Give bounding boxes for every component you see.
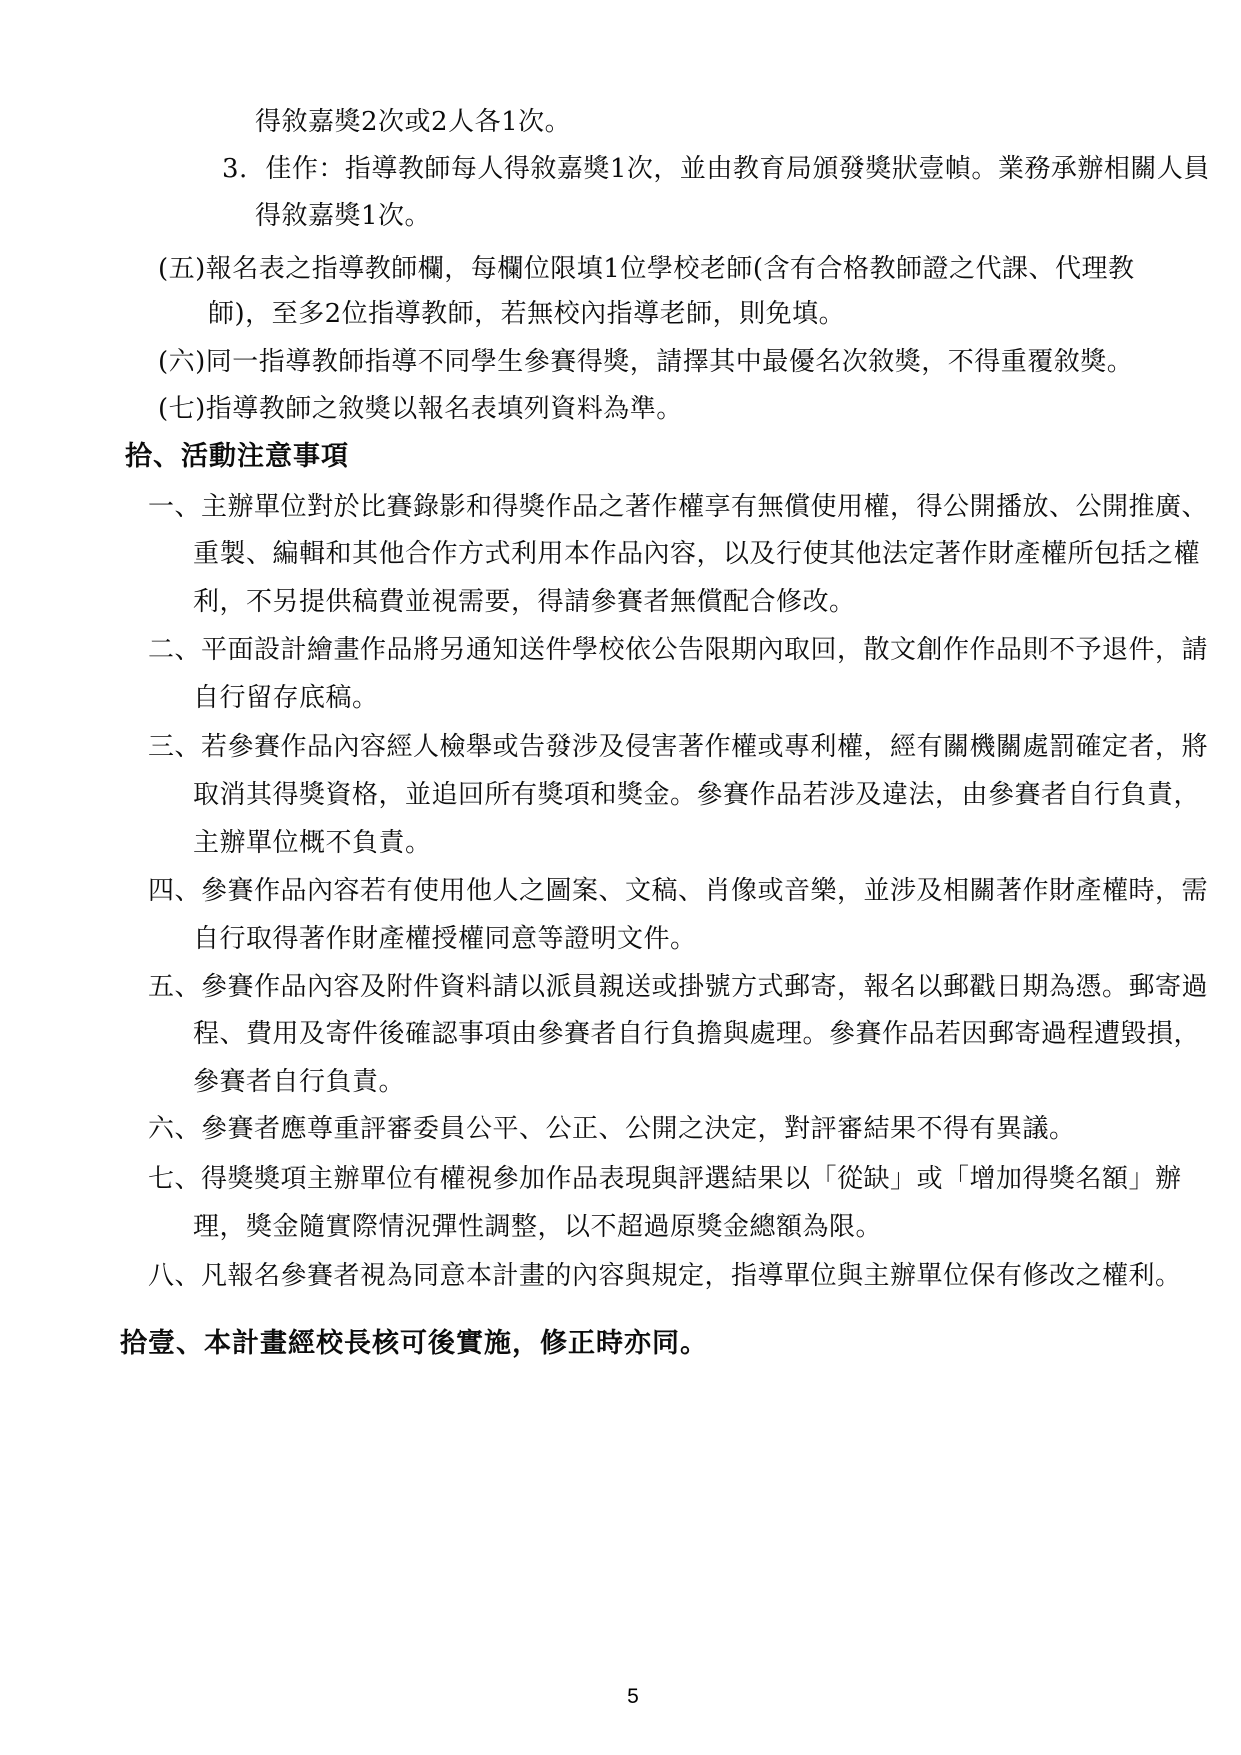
note-2-continuation: 自行留存底稿。 [193,685,379,711]
note-3: 三、若參賽作品內容經人檢舉或告發涉及侵害著作權或專利權，經有關機關處罰確定者，將 [148,734,1208,760]
numbered-list-item-3: 3. 佳作：指導教師每人得敘嘉獎1次，並由教育局頒發獎狀壹幀。業務承辦相關人員 [222,156,1210,182]
sub-item-6: (六)同一指導教師指導不同學生參賽得獎，請擇其中最優名次敘獎，不得重覆敘獎。 [158,349,1133,375]
document-page: 得敘嘉獎2次或2人各1次。3. 佳作：指導教師每人得敘嘉獎1次，並由教育局頒發獎… [0,0,1241,1755]
note-8: 八、凡報名參賽者視為同意本計畫的內容與規定，指導單位與主辦單位保有修改之權利。 [148,1263,1182,1289]
note-3-continuation: 取消其得獎資格，並追回所有獎項和獎金。參賽作品若涉及違法，由參賽者自行負責， [193,782,1200,808]
note-5: 五、參賽作品內容及附件資料請以派員親送或掛號方式郵寄，報名以郵戳日期為憑。郵寄過 [148,974,1208,1000]
note-1: 一、主辦單位對於比賽錄影和得獎作品之著作權享有無償使用權，得公開播放、公開推廣、 [148,494,1208,520]
section-11-heading: 拾壹、本計畫經校長核可後實施，修正時亦同。 [120,1331,708,1357]
list-item-continuation: 得敘嘉獎1次。 [255,203,431,229]
page-number: 5 [613,1686,653,1707]
list-item-continuation: 得敘嘉獎2次或2人各1次。 [255,109,571,135]
note-7-continuation: 理，獎金隨實際情況彈性調整，以不超過原獎金總額為限。 [193,1214,882,1240]
note-6: 六、參賽者應尊重評審委員公平、公正、公開之決定，對評審結果不得有異議。 [148,1116,1076,1142]
sub-item-5-continuation: 師)，至多2位指導教師，若無校內指導老師，則免填。 [208,301,845,327]
note-4-continuation: 自行取得著作財產權授權同意等證明文件。 [193,926,697,952]
note-7: 七、得獎獎項主辦單位有權視參加作品表現與評選結果以「從缺」或「增加得獎名額」辦 [148,1166,1182,1192]
sub-item-5: (五)報名表之指導教師欄，每欄位限填1位學校老師(含有合格教師證之代課、代理教 [158,256,1134,282]
section-10-heading: 拾、活動注意事項 [125,444,349,470]
note-1-continuation: 利，不另提供稿費並視需要，得請參賽者無償配合修改。 [193,589,856,615]
sub-item-7: (七)指導教師之敘獎以報名表填列資料為準。 [158,396,683,422]
note-5-continuation: 程、費用及寄件後確認事項由參賽者自行負擔與處理。參賽作品若因郵寄過程遭毀損， [193,1021,1200,1047]
note-1-continuation: 重製、編輯和其他合作方式利用本作品內容，以及行使其他法定著作財產權所包括之權 [193,541,1200,567]
note-2: 二、平面設計繪畫作品將另通知送件學校依公告限期內取回，散文創作作品則不予退件，請 [148,637,1208,663]
note-4: 四、參賽作品內容若有使用他人之圖案、文稿、肖像或音樂，並涉及相關著作財產權時，需 [148,878,1208,904]
note-5-continuation: 參賽者自行負責。 [193,1069,405,1095]
note-3-continuation: 主辦單位概不負責。 [193,830,432,856]
